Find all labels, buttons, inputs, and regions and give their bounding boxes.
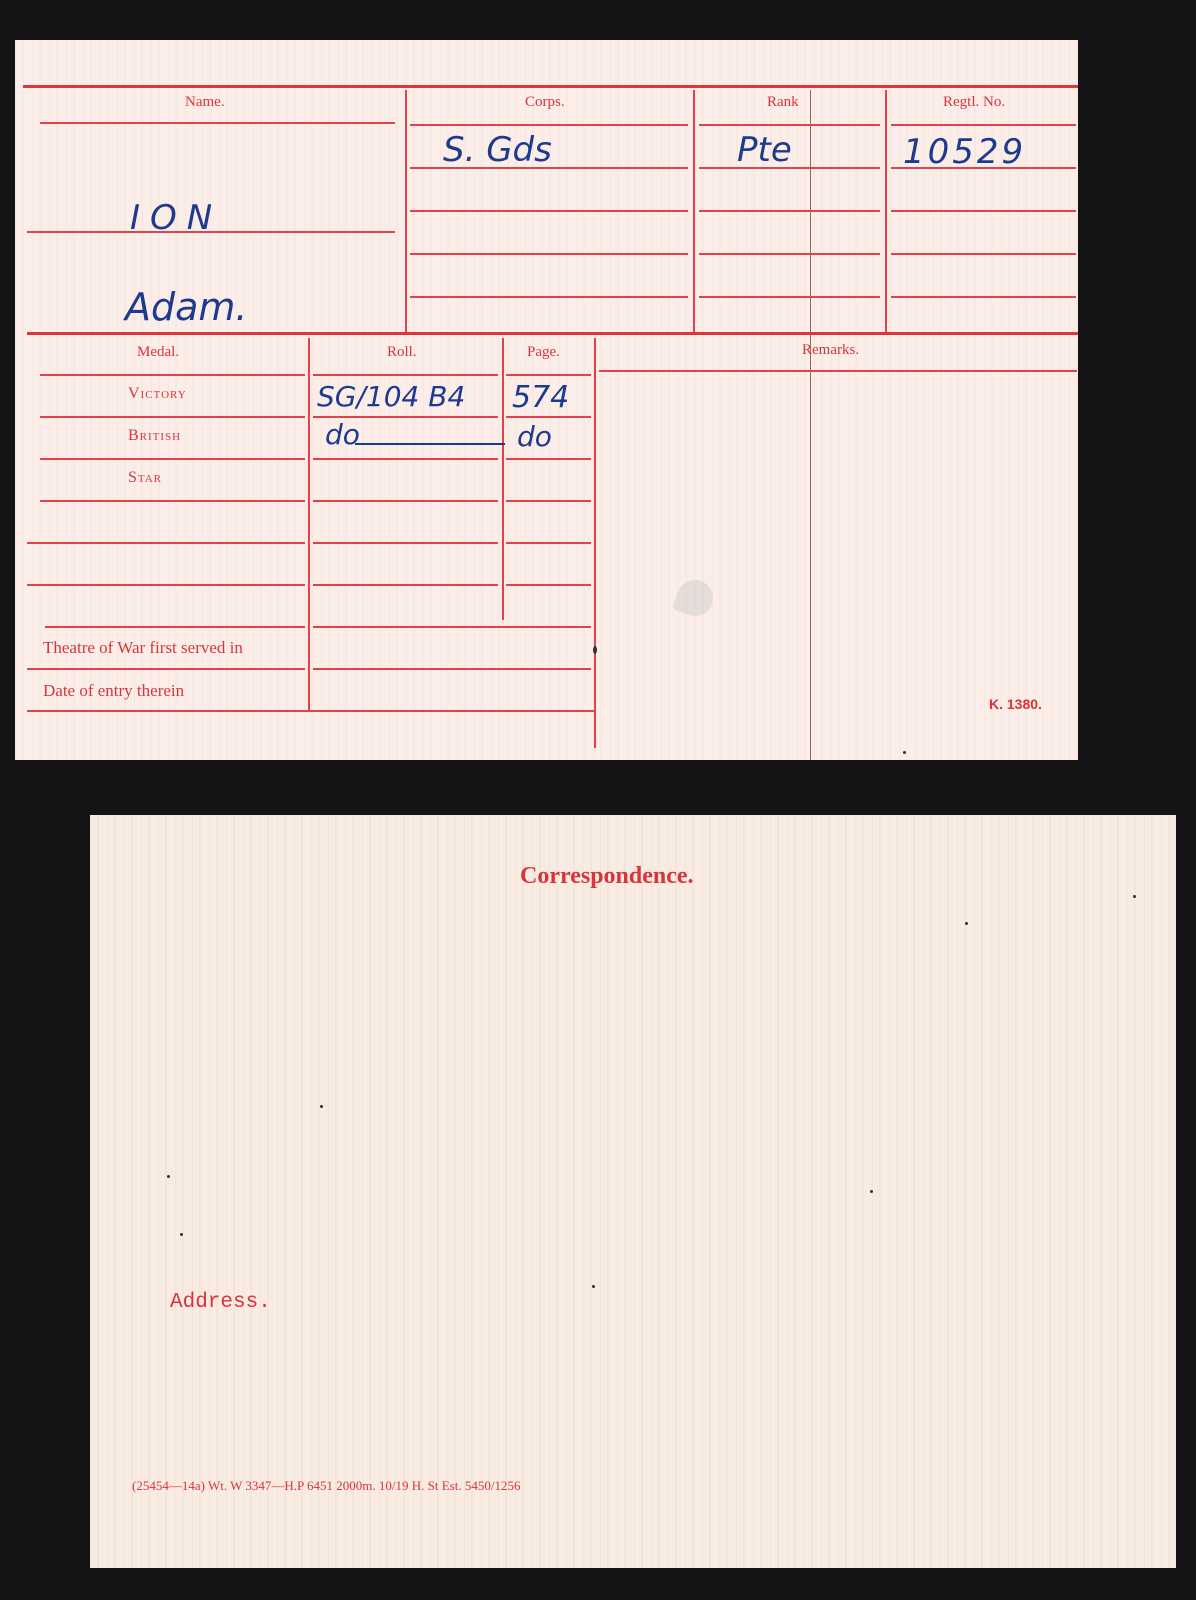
middle-rule — [27, 332, 1078, 335]
rank-header: Rank — [767, 94, 799, 111]
victory-roll-value: SG/104 B4 — [317, 380, 465, 413]
divider-page-remarks — [594, 338, 596, 748]
regt-rule-4 — [891, 253, 1076, 255]
roll-rule-8 — [313, 668, 591, 670]
roll-rule-3 — [313, 458, 498, 460]
medal-victory: Victory — [128, 385, 187, 403]
rank-value: Pte — [737, 130, 792, 170]
regt-rule-5 — [891, 296, 1076, 298]
rank-rule-1 — [699, 124, 880, 126]
forename-value: Adam. — [125, 285, 248, 329]
roll-rule-4 — [313, 500, 498, 502]
medal-rule-1 — [40, 374, 305, 376]
medal-rule-2 — [40, 416, 305, 418]
ink-speck — [320, 1105, 323, 1108]
medal-rule-4 — [40, 500, 305, 502]
ink-speck — [903, 751, 906, 754]
address-label: Address. — [170, 1291, 271, 1314]
british-page-value: do — [517, 420, 552, 453]
ink-speck — [592, 1285, 595, 1288]
medal-header: Medal. — [137, 344, 179, 361]
theatre-label: Theatre of War first served in — [43, 638, 243, 658]
medal-rule-8 — [27, 668, 305, 670]
printer-imprint: (25454—14a) Wt. W 3347—H.P 6451 2000m. 1… — [132, 1478, 520, 1494]
roll-header: Roll. — [387, 344, 417, 361]
corps-rule-1 — [410, 124, 688, 126]
page-rule-1 — [506, 374, 591, 376]
medal-rule-3 — [40, 458, 305, 460]
medal-rule-6 — [27, 584, 305, 586]
british-roll-value: do — [325, 418, 360, 451]
corps-rule-3 — [410, 210, 688, 212]
medal-rule-9 — [27, 710, 594, 712]
roll-rule-1 — [313, 374, 498, 376]
regt-rule-3 — [891, 210, 1076, 212]
ink-speck — [593, 646, 597, 654]
regt-no-value: 10529 — [903, 132, 1026, 172]
roll-rule-7 — [313, 626, 591, 628]
top-rule — [23, 85, 1078, 88]
victory-page-value: 574 — [512, 380, 569, 415]
form-number: K. 1380. — [989, 696, 1042, 712]
rank-rule-5 — [699, 296, 880, 298]
rank-rule-3 — [699, 210, 880, 212]
date-label: Date of entry therein — [43, 681, 184, 701]
page-rule-4 — [506, 500, 591, 502]
divider-name-corps — [405, 90, 407, 332]
remarks-rule — [599, 370, 1077, 372]
medal-star: Star — [128, 469, 162, 487]
corps-rule-4 — [410, 253, 688, 255]
ink-speck — [180, 1233, 183, 1236]
page-header: Page. — [527, 344, 560, 361]
divider-rank-regt — [885, 90, 887, 332]
page-rule-3 — [506, 458, 591, 460]
medal-index-card-front: Name. Corps. Rank Regtl. No. S. Gds Pte … — [15, 40, 1078, 760]
page-rule-2 — [506, 416, 591, 418]
divider-roll-page — [502, 338, 504, 620]
ink-speck — [870, 1190, 873, 1193]
roll-rule-5 — [313, 542, 498, 544]
corps-value: S. Gds — [443, 130, 552, 170]
medal-british: British — [128, 427, 181, 445]
corps-header: Corps. — [525, 94, 565, 111]
medal-rule-5 — [27, 542, 305, 544]
divider-corps-rank — [693, 90, 695, 332]
medal-rule-7 — [45, 626, 305, 628]
name-header-rule — [40, 122, 395, 124]
surname-value: ION — [130, 198, 222, 238]
remarks-header: Remarks. — [802, 342, 859, 359]
page-rule-5 — [506, 542, 591, 544]
name-header: Name. — [185, 94, 225, 111]
rank-rule-4 — [699, 253, 880, 255]
paper-watermark — [672, 575, 718, 621]
medal-index-card-back: Correspondence. Address. (25454—14a) Wt.… — [90, 815, 1176, 1568]
corps-rule-5 — [410, 296, 688, 298]
correspondence-title: Correspondence. — [520, 863, 694, 890]
regt-no-header: Regtl. No. — [943, 94, 1005, 111]
ink-speck — [1133, 895, 1136, 898]
ditto-stroke — [355, 443, 505, 445]
roll-rule-6 — [313, 584, 498, 586]
page-rule-6 — [506, 584, 591, 586]
fold-line — [810, 90, 811, 760]
regt-rule-1 — [891, 124, 1076, 126]
ink-speck — [965, 922, 968, 925]
ink-speck — [167, 1175, 170, 1178]
divider-medal-roll — [308, 338, 310, 710]
